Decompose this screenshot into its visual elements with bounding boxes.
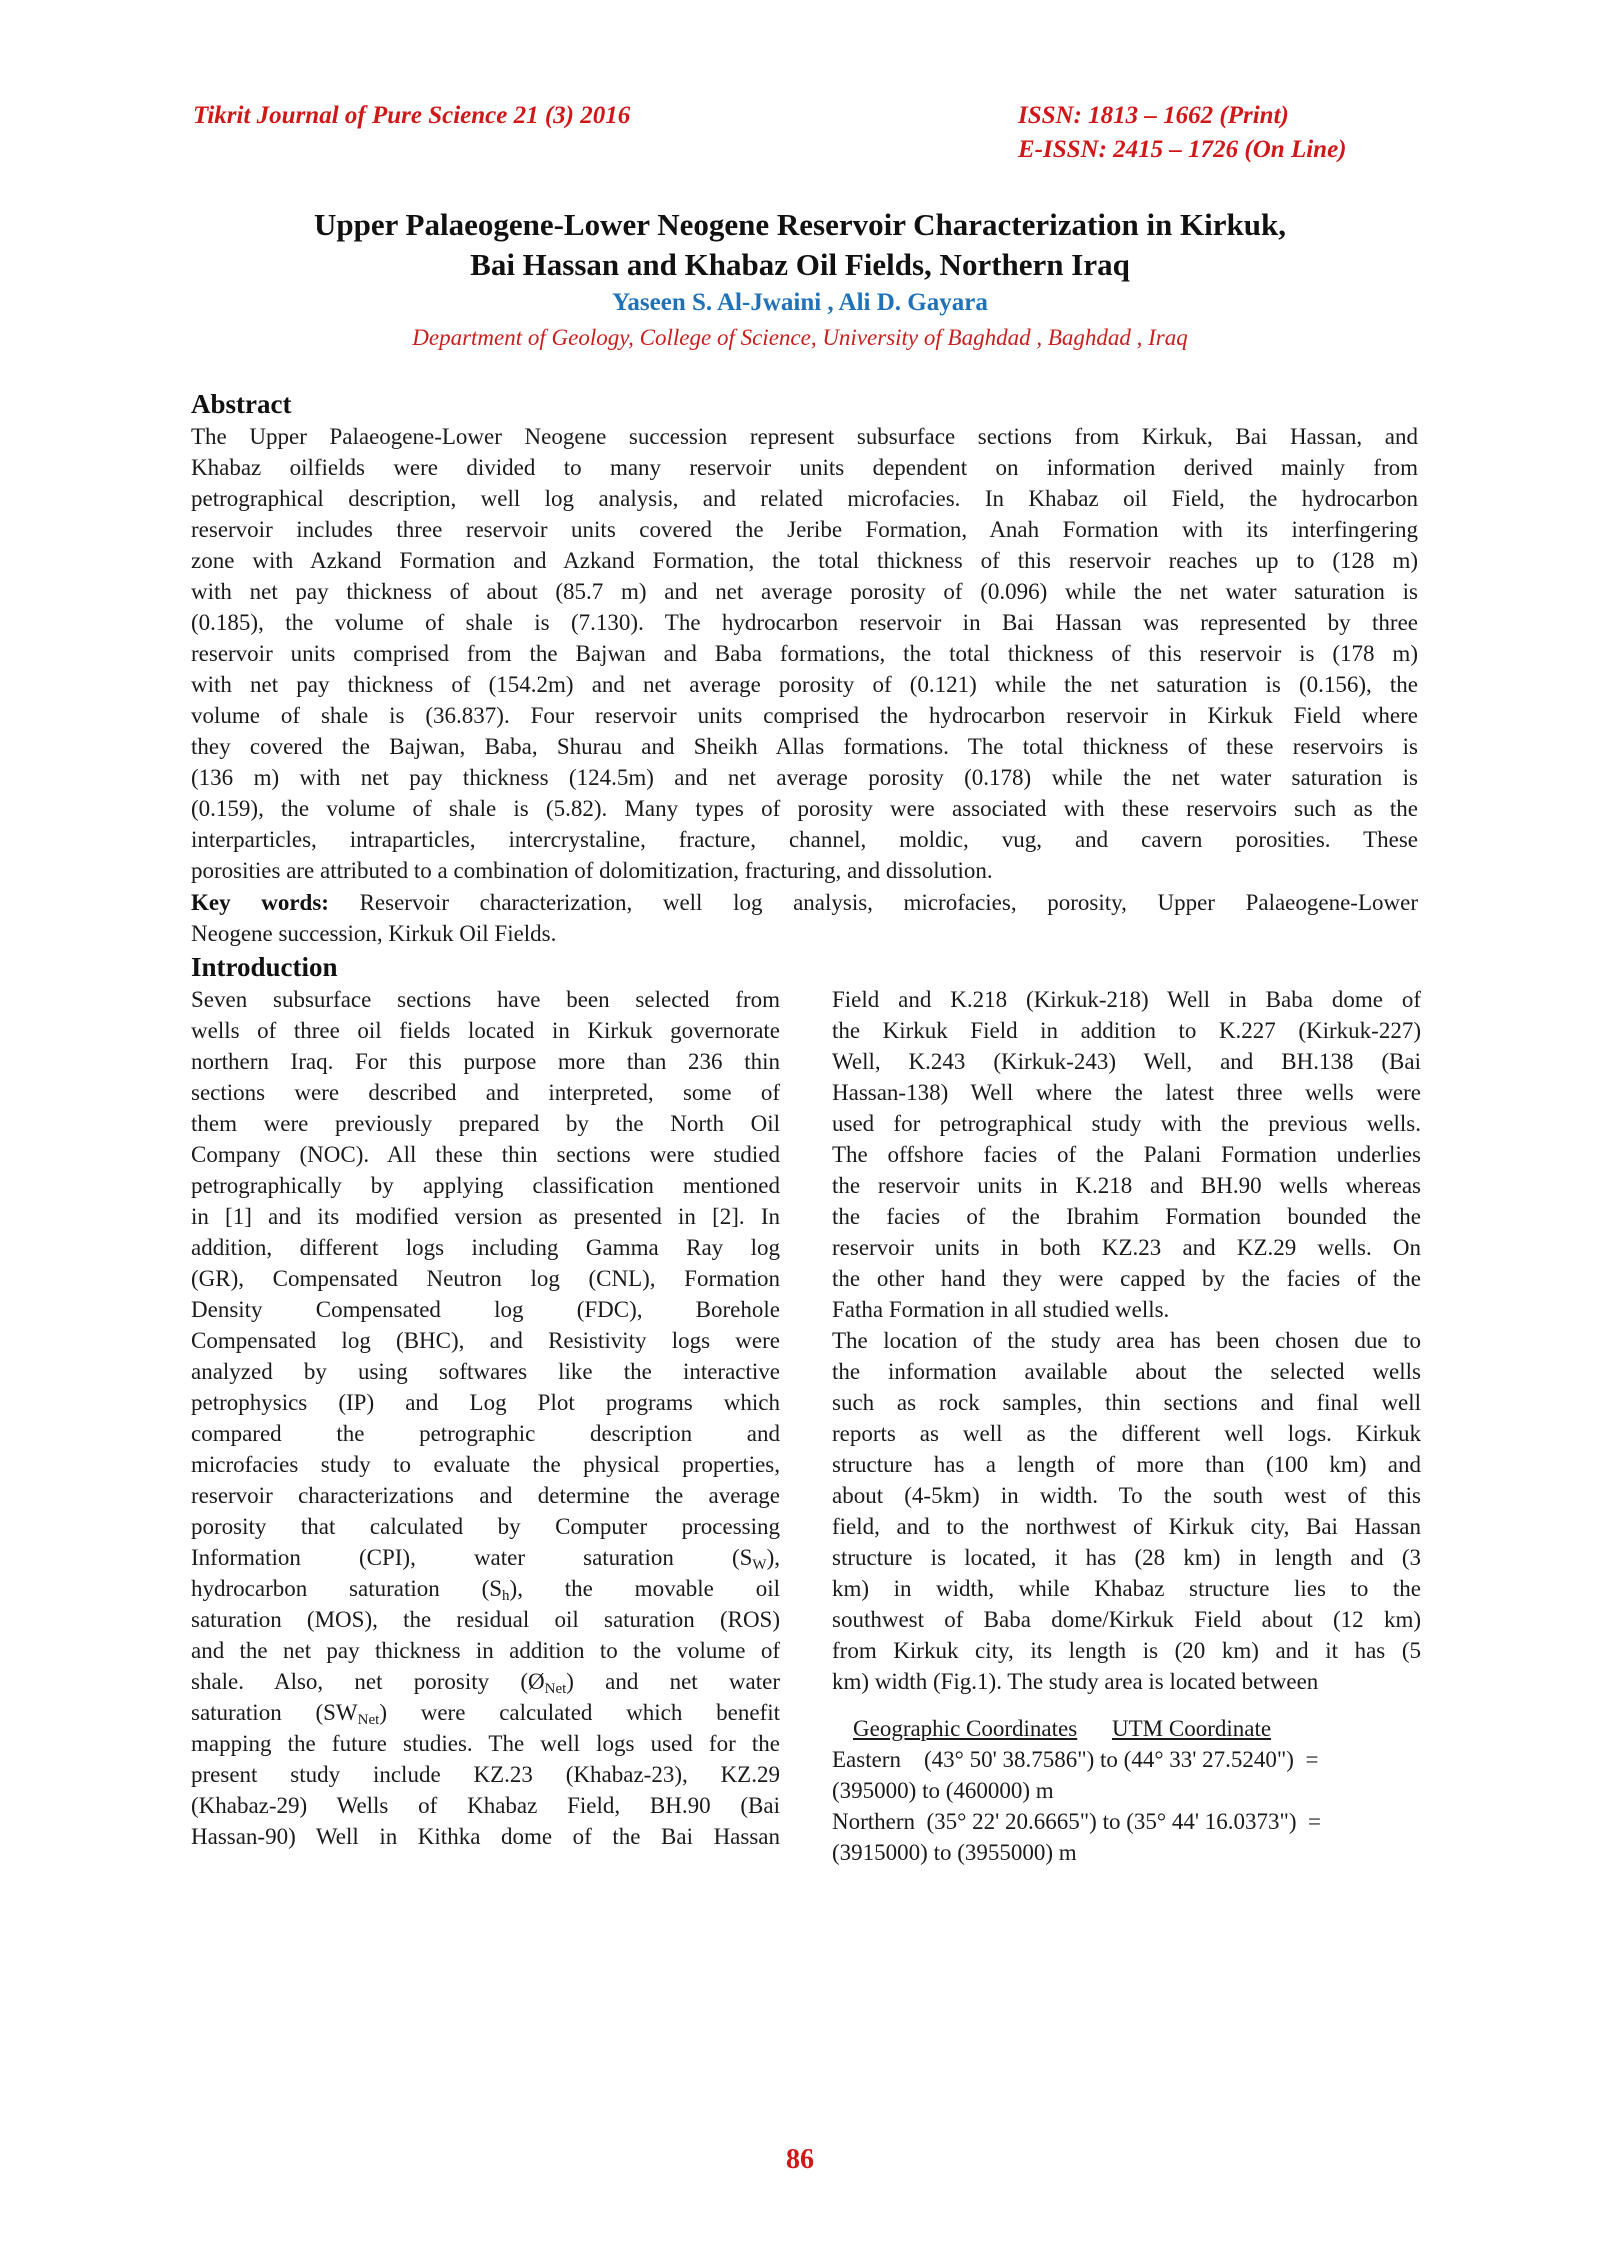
abstract-line: zone with Azkand Formation and Azkand Fo… [191,545,1418,576]
right-column-line: such as rock samples, thin sections and … [832,1387,1421,1418]
abstract-line: reservoir units comprised from the Bajwa… [191,638,1418,669]
issn-print: ISSN: 1813 – 1662 (Print) [1018,100,1289,132]
left-column-line: analyzed by using softwares like the int… [191,1356,780,1387]
right-column-line: Fatha Formation in all studied wells. [832,1294,1421,1325]
left-column-line: saturation (MOS), the residual oil satur… [191,1604,780,1635]
left-column-line: (Khabaz-29) Wells of Khabaz Field, BH.90… [191,1790,780,1821]
right-column-line: structure is located, it has (28 km) in … [832,1542,1421,1573]
keywords-line-1: Key words: Reservoir characterization, w… [191,887,1418,918]
affiliation: Department of Geology, College of Scienc… [0,323,1600,353]
left-column-line: Hassan-90) Well in Kithka dome of the Ba… [191,1821,780,1852]
left-column-line: in [1] and its modified version as prese… [191,1201,780,1232]
right-column-line: the other hand they were capped by the f… [832,1263,1421,1294]
abstract-line: (0.185), the volume of shale is (7.130).… [191,607,1418,638]
page-number: 86 [0,2143,1600,2177]
left-column-line: Density Compensated log (FDC), Borehole [191,1294,780,1325]
right-column-line: the reservoir units in K.218 and BH.90 w… [832,1170,1421,1201]
left-column-line: petrophysics (IP) and Log Plot programs … [191,1387,780,1418]
keywords-line-2: Neogene succession, Kirkuk Oil Fields. [191,918,1418,949]
authors: Yaseen S. Al-Jwaini , Ali D. Gayara [0,288,1600,318]
left-column-line: sections were described and interpreted,… [191,1077,780,1108]
right-column-line: reports as well as the different well lo… [832,1418,1421,1449]
net-water-saturation-line: saturation (SWNet) were calculated which… [191,1697,780,1728]
coord-eastern-utm: (395000) to (460000) m [832,1775,1054,1806]
left-column-line: microfacies study to evaluate the physic… [191,1449,780,1480]
right-column-line: Field and K.218 (Kirkuk-218) Well in Bab… [832,984,1421,1015]
right-column-line: field, and to the northwest of Kirkuk ci… [832,1511,1421,1542]
left-column-line: them were previously prepared by the Nor… [191,1108,780,1139]
abstract-line: with net pay thickness of about (85.7 m)… [191,576,1418,607]
abstract-line: porosities are attributed to a combinati… [191,855,1418,886]
keywords-label: Key words: [191,890,329,915]
abstract-line: petrographical description, well log ana… [191,483,1418,514]
coord-eastern: Eastern (43° 50' 38.7586") to (44° 33' 2… [832,1744,1318,1775]
left-column-line: Company (NOC). All these thin sections w… [191,1139,780,1170]
right-column-line: from Kirkuk city, its length is (20 km) … [832,1635,1421,1666]
abstract-line: they covered the Bajwan, Baba, Shurau an… [191,731,1418,762]
right-column-line: about (4-5km) in width. To the south wes… [832,1480,1421,1511]
right-column-line: structure has a length of more than (100… [832,1449,1421,1480]
right-column-line: reservoir units in both KZ.23 and KZ.29 … [832,1232,1421,1263]
abstract-line: (0.159), the volume of shale is (5.82). … [191,793,1418,824]
abstract-line: (136 m) with net pay thickness (124.5m) … [191,762,1418,793]
coord-header-geographic: Geographic Coordinates [853,1713,1077,1744]
issn-online: E-ISSN: 2415 – 1726 (On Line) [1018,134,1347,166]
right-column-line: used for petrographical study with the p… [832,1108,1421,1139]
journal-header: Tikrit Journal of Pure Science 21 (3) 20… [193,100,630,132]
keywords-text: Reservoir characterization, well log ana… [329,890,1418,915]
abstract-heading: Abstract [191,388,291,420]
abstract-line: interparticles, intraparticles, intercry… [191,824,1418,855]
left-column-line: (GR), Compensated Neutron log (CNL), For… [191,1263,780,1294]
coord-northern: Northern (35° 22' 20.6665") to (35° 44' … [832,1806,1321,1837]
abstract-line: volume of shale is (36.837). Four reserv… [191,700,1418,731]
hydrocarbon-saturation-line: hydrocarbon saturation (Sh), the movable… [191,1573,780,1604]
left-column-line: petrographically by applying classificat… [191,1170,780,1201]
right-column-line: Well, K.243 (Kirkuk-243) Well, and BH.13… [832,1046,1421,1077]
right-column-line: The offshore facies of the Palani Format… [832,1139,1421,1170]
left-column-line: compared the petrographic description an… [191,1418,780,1449]
abstract-line: with net pay thickness of (154.2m) and n… [191,669,1418,700]
right-column-line: the information available about the sele… [832,1356,1421,1387]
right-column-line: the Kirkuk Field in addition to K.227 (K… [832,1015,1421,1046]
right-column-line: The location of the study area has been … [832,1325,1421,1356]
paper-title-line-1: Upper Palaeogene-Lower Neogene Reservoir… [0,206,1600,244]
left-column-line: and the net pay thickness in addition to… [191,1635,780,1666]
left-column-line: wells of three oil fields located in Kir… [191,1015,780,1046]
left-column-line: Seven subsurface sections have been sele… [191,984,780,1015]
left-column-line: addition, different logs including Gamma… [191,1232,780,1263]
abstract-line: reservoir includes three reservoir units… [191,514,1418,545]
right-column-line: Hassan-138) Well where the latest three … [832,1077,1421,1108]
left-column-line: porosity that calculated by Computer pro… [191,1511,780,1542]
left-column-line: mapping the future studies. The well log… [191,1728,780,1759]
right-column-line: km) width (Fig.1). The study area is loc… [832,1666,1421,1697]
left-column-line: northern Iraq. For this purpose more tha… [191,1046,780,1077]
coord-header-utm: UTM Coordinate [1112,1713,1271,1744]
left-column-line: present study include KZ.23 (Khabaz-23),… [191,1759,780,1790]
paper-title-line-2: Bai Hassan and Khabaz Oil Fields, Northe… [0,246,1600,284]
introduction-heading: Introduction [191,951,338,983]
net-porosity-line: shale. Also, net porosity (ØNet) and net… [191,1666,780,1697]
right-column-line: southwest of Baba dome/Kirkuk Field abou… [832,1604,1421,1635]
right-column-line: the facies of the Ibrahim Formation boun… [832,1201,1421,1232]
coord-northern-utm: (3915000) to (3955000) m [832,1837,1077,1868]
abstract-line: Khabaz oilfields were divided to many re… [191,452,1418,483]
right-column-line: km) in width, while Khabaz structure lie… [832,1573,1421,1604]
left-column-line: reservoir characterizations and determin… [191,1480,780,1511]
left-column-line: Compensated log (BHC), and Resistivity l… [191,1325,780,1356]
water-saturation-line: Information (CPI), water saturation (SW)… [191,1542,780,1573]
abstract-line: The Upper Palaeogene-Lower Neogene succe… [191,421,1418,452]
